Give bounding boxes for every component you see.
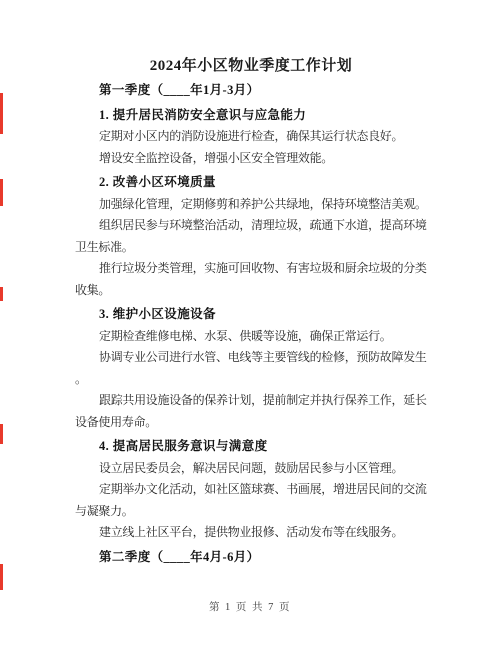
page-number-label: 第 1 页 共 7 页 — [209, 602, 291, 613]
document-page: 2024年小区物业季度工作计划 第一季度（____年1月-3月）1. 提升居民消… — [0, 0, 500, 647]
paragraph-line: 定期对小区内的消防设施进行检查，确保其运行状态良好。 — [75, 126, 427, 148]
revision-bar — [0, 179, 3, 206]
paragraph-continuation-line: 收集。 — [75, 280, 427, 302]
paragraph-continuation-line: 卫生标准。 — [75, 237, 427, 259]
paragraph-continuation-line: 设备使用寿命。 — [75, 412, 427, 434]
task-heading: 1. 提升居民消防安全意识与应急能力 — [75, 105, 427, 127]
paragraph-line: 定期举办文化活动，如社区篮球赛、书画展，增进居民间的交流 — [75, 479, 427, 501]
paragraph-continuation-line: 与凝聚力。 — [75, 501, 427, 523]
document-body: 第一季度（____年1月-3月）1. 提升居民消防安全意识与应急能力定期对小区内… — [75, 80, 427, 568]
document-title: 2024年小区物业季度工作计划 — [75, 55, 427, 77]
quarter-heading: 第二季度（____年4月-6月） — [75, 547, 427, 569]
revision-bar — [0, 424, 3, 444]
paragraph-line: 建立线上社区平台，提供物业报修、活动发布等在线服务。 — [75, 522, 427, 544]
paragraph-line: 跟踪共用设施设备的保养计划，提前制定并执行保养工作，延长 — [75, 390, 427, 412]
paragraph-line: 增设安全监控设备，增强小区安全管理效能。 — [75, 148, 427, 170]
paragraph-line: 设立居民委员会，解决居民问题，鼓励居民参与小区管理。 — [75, 458, 427, 480]
paragraph-line: 推行垃圾分类管理，实施可回收物、有害垃圾和厨余垃圾的分类 — [75, 258, 427, 280]
paragraph-line: 加强绿化管理，定期修剪和养护公共绿地，保持环境整洁美观。 — [75, 194, 427, 216]
paragraph-continuation-line: 。 — [75, 369, 427, 391]
revision-bar — [0, 93, 3, 134]
quarter-heading: 第一季度（____年1月-3月） — [75, 80, 427, 102]
paragraph-line: 组织居民参与环境整治活动，清理垃圾，疏通下水道，提高环境 — [75, 215, 427, 237]
task-heading: 2. 改善小区环境质量 — [75, 172, 427, 194]
task-heading: 4. 提高居民服务意识与满意度 — [75, 436, 427, 458]
paragraph-line: 协调专业公司进行水管、电线等主要管线的检修，预防故障发生 — [75, 347, 427, 369]
task-heading: 3. 维护小区设施设备 — [75, 304, 427, 326]
revision-bar — [0, 287, 3, 301]
revision-bar — [0, 564, 3, 590]
page-footer: 第 1 页 共 7 页 — [0, 601, 500, 615]
document-content: 2024年小区物业季度工作计划 第一季度（____年1月-3月）1. 提升居民消… — [75, 55, 427, 568]
paragraph-line: 定期检查维修电梯、水泵、供暖等设施，确保正常运行。 — [75, 326, 427, 348]
